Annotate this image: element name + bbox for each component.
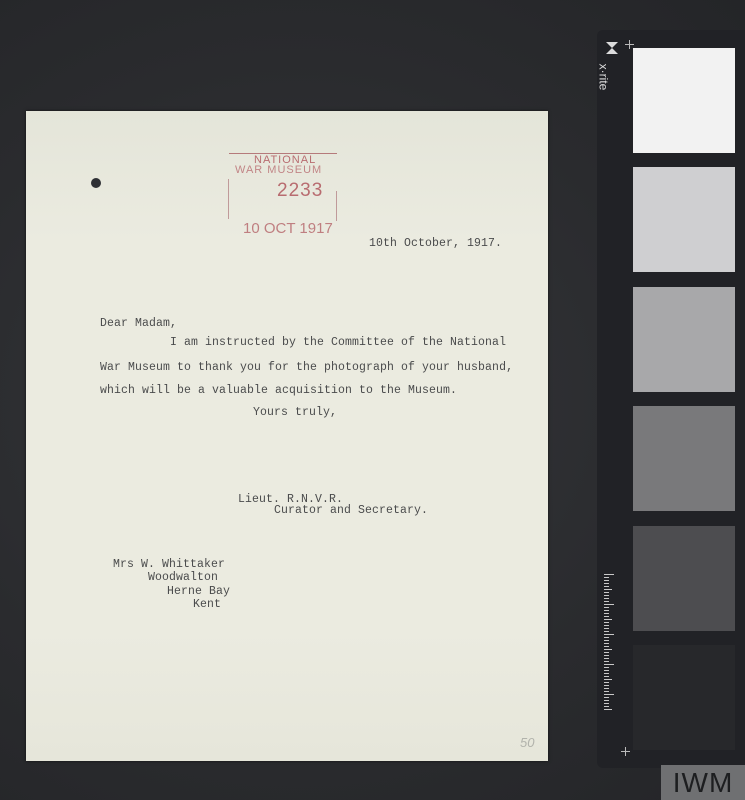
- gray-patch-2: [633, 167, 735, 272]
- stamp-border-left: [228, 179, 229, 219]
- ruler-tick: [604, 661, 609, 662]
- ruler-tick: [604, 604, 614, 605]
- ruler-tick: [604, 586, 609, 587]
- ruler-tick: [604, 703, 609, 704]
- letter-page: NATIONAL WAR MUSEUM 2233 10 OCT 1917 10t…: [26, 111, 548, 761]
- ruler-tick: [604, 682, 609, 683]
- ruler-tick: [604, 652, 609, 653]
- iwm-watermark: IWM: [661, 765, 745, 800]
- ruler-tick: [604, 676, 609, 677]
- body-line-3: which will be a valuable acquisition to …: [100, 384, 457, 397]
- scale-ruler: [604, 574, 616, 714]
- ruler-tick: [604, 610, 609, 611]
- ruler-tick: [604, 625, 609, 626]
- ruler-tick: [604, 613, 609, 614]
- closing: Yours truly,: [253, 406, 337, 419]
- ruler-tick: [604, 649, 612, 650]
- ruler-tick: [604, 634, 614, 635]
- ruler-tick: [604, 667, 609, 668]
- recipient-line-4: Kent: [193, 598, 221, 611]
- ruler-tick: [604, 643, 609, 644]
- stamp-line-2: WAR MUSEUM: [235, 164, 322, 176]
- ruler-tick: [604, 574, 614, 575]
- gray-patch-5: [633, 526, 735, 631]
- ruler-tick: [604, 691, 609, 692]
- ruler-tick: [604, 670, 609, 671]
- gray-patch-3: [633, 287, 735, 392]
- recipient-line-3: Herne Bay: [167, 585, 230, 598]
- ruler-tick: [604, 589, 612, 590]
- recipient-line-2: Woodwalton: [148, 571, 218, 584]
- body-line-2: War Museum to thank you for the photogra…: [100, 361, 513, 374]
- ruler-tick: [604, 619, 612, 620]
- xrite-brand-text: x·rite: [596, 64, 610, 91]
- ruler-tick: [604, 577, 609, 578]
- ruler-tick: [604, 706, 609, 707]
- ruler-tick: [604, 673, 609, 674]
- ruler-tick: [604, 637, 609, 638]
- ruler-tick: [604, 607, 609, 608]
- ruler-tick: [604, 640, 609, 641]
- xrite-logo-icon: [606, 42, 618, 54]
- ruler-tick: [604, 580, 609, 581]
- ruler-tick: [604, 679, 612, 680]
- ruler-tick: [604, 700, 609, 701]
- ruler-tick: [604, 697, 609, 698]
- xrite-brand: x·rite: [604, 42, 620, 102]
- ruler-tick: [604, 709, 612, 710]
- stamp-date: 10 OCT 1917: [243, 220, 333, 237]
- punch-hole: [91, 178, 101, 188]
- stamp-number: 2233: [277, 180, 323, 202]
- gray-patch-1: [633, 48, 735, 153]
- ruler-tick: [604, 631, 609, 632]
- ruler-tick: [604, 694, 614, 695]
- ruler-tick: [604, 592, 609, 593]
- ruler-tick: [604, 655, 609, 656]
- gray-patch-4: [633, 406, 735, 511]
- ruler-tick: [604, 595, 609, 596]
- ruler-tick: [604, 583, 609, 584]
- body-line-1: I am instructed by the Committee of the …: [100, 336, 506, 349]
- gray-patch-6: [633, 645, 735, 750]
- ruler-tick: [604, 601, 609, 602]
- letter-date: 10th October, 1917.: [369, 237, 502, 250]
- signature-title: Curator and Secretary.: [274, 504, 428, 517]
- ruler-tick: [604, 598, 609, 599]
- ruler-tick: [604, 646, 609, 647]
- page-number: 50: [520, 735, 534, 750]
- ruler-tick: [604, 658, 609, 659]
- recipient-name: Mrs W. Whittaker: [113, 558, 225, 571]
- ruler-tick: [604, 622, 609, 623]
- ruler-tick: [604, 664, 614, 665]
- museum-stamp: NATIONAL WAR MUSEUM 2233 10 OCT 1917: [229, 151, 337, 239]
- ruler-tick: [604, 688, 609, 689]
- salutation: Dear Madam,: [100, 317, 177, 330]
- stamp-border-right: [336, 191, 337, 221]
- ruler-tick: [604, 616, 609, 617]
- ruler-tick: [604, 628, 609, 629]
- ruler-tick: [604, 685, 609, 686]
- crosshair-bottom-icon: [621, 747, 630, 756]
